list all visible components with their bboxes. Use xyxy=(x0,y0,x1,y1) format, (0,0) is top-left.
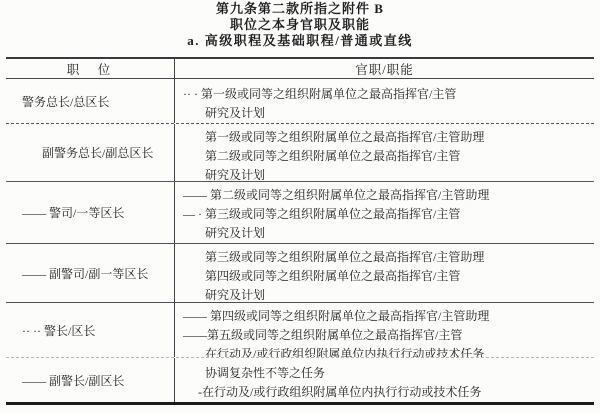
function-line: 研究及计划 xyxy=(205,286,590,302)
function-line: ——第五级或同等之组织附属单位之最高指挥官/主管 xyxy=(205,326,590,345)
position-label: —— 副警司/副一等区长 xyxy=(22,265,148,282)
title-line-1: 第九条第二款所指之附件 B xyxy=(0,1,600,17)
table-header-row: 职 位 官职/职能 xyxy=(6,59,594,79)
position-cell: —— 副警长/副区长 xyxy=(6,358,175,402)
function-line: 第一级或同等之组织附属单位之最高指挥官/主管助理 xyxy=(205,128,590,147)
position-cell: 警务总长/总区长 xyxy=(6,79,175,123)
function-line: 第四级或同等之组织附属单位之最高指挥官/主管 xyxy=(205,267,590,286)
position-label: 副警务总长/副总区长 xyxy=(42,144,153,161)
document-page: 第九条第二款所指之附件 B 职位之本身官职及职能 a. 高级职程及基础职程/普通… xyxy=(0,0,600,413)
header-position-cell: 职 位 xyxy=(6,59,175,78)
position-label: —— 警司/一等区长 xyxy=(22,204,124,221)
function-line: — · 第三级或同等之组织附属单位之最高指挥官/主管 xyxy=(205,205,590,224)
title-line-3: a. 高级职程及基础职程/普通或直线 xyxy=(0,33,600,49)
function-line: 第三级或同等之组织附属单位之最高指挥官/主管助理 xyxy=(205,248,590,267)
function-cell: —— 第四级或同等之组织附属单位之最高指挥官/主管助理——第五级或同等之组织附属… xyxy=(175,303,594,357)
table-row: —— 副警长/副区长 协调复杂性不等之任务-在行动及/或行政组织附属单位内执行行… xyxy=(6,358,594,402)
function-line: 研究及计划 xyxy=(205,224,590,243)
table-body: 警务总长/总区长 ·· · 第一级或同等之组织附属单位之最高指挥官/主管研究及计… xyxy=(6,79,594,402)
table-row: 警务总长/总区长 ·· · 第一级或同等之组织附属单位之最高指挥官/主管研究及计… xyxy=(6,79,594,124)
function-cell: ·· · 第一级或同等之组织附属单位之最高指挥官/主管研究及计划 xyxy=(175,79,594,123)
function-cell: 第三级或同等之组织附属单位之最高指挥官/主管助理第四级或同等之组织附属单位之最高… xyxy=(175,244,594,302)
function-cell: 第一级或同等之组织附属单位之最高指挥官/主管助理第二级或同等之组织附属单位之最高… xyxy=(175,124,594,181)
function-line: 第二级或同等之组织附属单位之最高指挥官/主管 xyxy=(205,147,590,166)
function-line: 在行动及/或行政组织附属单位内执行行动或技术任务 xyxy=(205,345,590,357)
function-line: 协调复杂性不等之任务 xyxy=(205,364,590,383)
position-label: —— 副警长/副区长 xyxy=(22,372,124,389)
position-label: 警务总长/总区长 xyxy=(22,93,109,110)
position-cell: —— 警司/一等区长 xyxy=(6,182,175,243)
table-row: —— 警司/一等区长 —— 第二级或同等之组织附属单位之最高指挥官/主管助理— … xyxy=(6,182,594,244)
table-row: 副警务总长/副总区长 第一级或同等之组织附属单位之最高指挥官/主管助理第二级或同… xyxy=(6,124,594,182)
position-cell: —— 副警司/副一等区长 xyxy=(6,244,175,302)
header-function-cell: 官职/职能 xyxy=(175,59,594,78)
table-row: ·· ·· 警长/区长 —— 第四级或同等之组织附属单位之最高指挥官/主管助理—… xyxy=(6,303,594,358)
position-label: ·· ·· 警长/区长 xyxy=(22,322,95,339)
title-block: 第九条第二款所指之附件 B 职位之本身官职及职能 a. 高级职程及基础职程/普通… xyxy=(0,1,600,49)
position-cell: 副警务总长/副总区长 xyxy=(6,124,175,181)
function-cell: 协调复杂性不等之任务-在行动及/或行政组织附属单位内执行行动或技术任务 xyxy=(175,358,594,402)
title-line-2: 职位之本身官职及职能 xyxy=(0,17,600,33)
function-line: 研究及计划 xyxy=(205,166,590,181)
position-cell: ·· ·· 警长/区长 xyxy=(6,303,175,357)
function-line: -在行动及/或行政组织附属单位内执行行动或技术任务 xyxy=(205,383,590,402)
function-cell: —— 第二级或同等之组织附属单位之最高指挥官/主管助理— · 第三级或同等之组织… xyxy=(175,182,594,243)
function-line: —— 第四级或同等之组织附属单位之最高指挥官/主管助理 xyxy=(205,307,590,326)
function-line: ·· · 第一级或同等之组织附属单位之最高指挥官/主管 xyxy=(205,85,590,104)
function-line: —— 第二级或同等之组织附属单位之最高指挥官/主管助理 xyxy=(205,186,590,205)
appendix-table: 职 位 官职/职能 警务总长/总区长 ·· · 第一级或同等之组织附属单位之最高… xyxy=(6,57,594,405)
function-line: 研究及计划 xyxy=(205,104,590,123)
table-row: —— 副警司/副一等区长 第三级或同等之组织附属单位之最高指挥官/主管助理第四级… xyxy=(6,244,594,303)
